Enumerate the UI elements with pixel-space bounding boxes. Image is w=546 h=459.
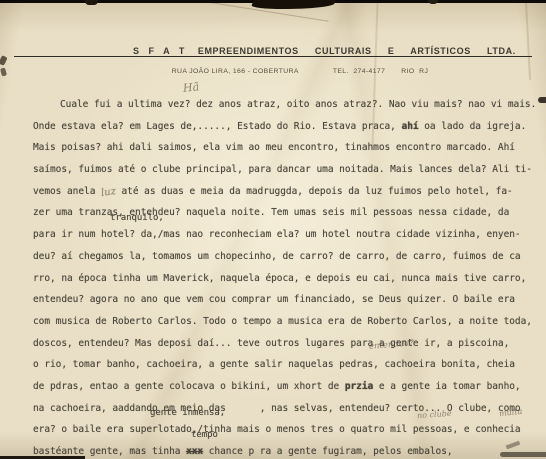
- line-text: bastéante gente, mas tinha: [33, 446, 186, 457]
- typed-line: vemos anela luz até as duas e meia da ma…: [33, 181, 533, 203]
- scan-smudge: [538, 97, 546, 103]
- company-abbreviation: S F A T: [133, 46, 188, 56]
- line-text: e a gente ia tomar banho,: [373, 381, 520, 392]
- typed-line: rro, na época tinha um Maverick, naquela…: [33, 268, 533, 290]
- line-text: oa lado da igreja.: [419, 121, 527, 132]
- typed-line: gente inmensa,era? o baile era superlota…: [33, 419, 533, 441]
- street-address: RUA JOÃO LIRA, 166 - COBERTURA: [172, 68, 299, 75]
- line-text: vemos anela: [33, 186, 101, 197]
- line-text: rro, na época tinha um Maverick, naquela…: [33, 273, 526, 284]
- line-text: com musica de Roberto Carlos. Todo o tem…: [33, 316, 532, 327]
- typed-line: zer uma tranzas, entehdeu? naquela noite…: [33, 202, 533, 224]
- phone-number: TEL. 274-4177: [333, 68, 385, 75]
- typed-line: na cachoeira, aaddando em meio das , nas…: [33, 398, 533, 420]
- typed-line: Mais poisas? ahi dali saimos, ela vim ao…: [33, 137, 533, 159]
- line-text: na cachoeira, aaddando em meio das , nas…: [33, 403, 521, 414]
- typed-line: entendeu? agora no ano que vem cou compr…: [33, 289, 533, 311]
- scan-smudge: [0, 67, 7, 76]
- line-text: Cuale fui a ultima vez? dez anos atraz, …: [60, 99, 536, 110]
- scan-smudge: [0, 55, 8, 66]
- typed-line: o rio, tomar banho, cachoeira, a gente s…: [33, 354, 533, 376]
- interline-insertion: gente inmensa,: [150, 408, 225, 418]
- line-text: chance p ra a gente fugiram, pelos embal…: [203, 446, 452, 457]
- typed-line: deu? aí chegamos la, tomamos um chopecin…: [33, 246, 533, 268]
- line-text: o rio, tomar banho, cachoeira, a gente s…: [33, 359, 515, 370]
- interline-insertion: tempo: [191, 430, 218, 440]
- typed-line: de pdras, entao a gente colocava o bikin…: [33, 376, 533, 398]
- line-text: Onde estava ela? em Lages de,....., Esta…: [33, 121, 402, 132]
- typed-line: Onde estava ela? em Lages de,....., Esta…: [33, 116, 533, 138]
- line-text: Mais poisas? ahi dali saimos, ela vim ao…: [33, 142, 515, 153]
- scanned-letter-page: S F A TEMPREENDIMENTOS CULTURAIS E ARTÍS…: [0, 0, 546, 459]
- handwritten-note-ha: Hã: [182, 80, 199, 95]
- typed-line: Cuale fui a ultima vez? dez anos atraz, …: [33, 94, 533, 116]
- line-text: doscos, entendeu? Mas deposi daí... teve…: [33, 338, 509, 349]
- interline-insertion: tranquilo,: [110, 213, 164, 223]
- scan-smudge: [428, 0, 438, 4]
- typed-line: com musica de Roberto Carlos. Todo o tem…: [33, 311, 533, 333]
- scan-smudge: [85, 0, 98, 5]
- handwritten-word-luz: luz: [100, 181, 118, 205]
- typed-line: tranquilo,para ir num hotel? da,/mas nao…: [33, 224, 533, 246]
- overstruck-word: ahí: [402, 121, 419, 132]
- line-text: entendeu? agora no ano que vem cou compr…: [33, 294, 515, 305]
- line-text: deu? aí chegamos la, tomamos um chopecin…: [33, 251, 521, 262]
- typed-body: Cuale fui a ultima vez? dez anos atraz, …: [33, 94, 533, 459]
- city: RIO RJ: [401, 68, 428, 75]
- typed-line: saímos, fuimos até o clube principal, pa…: [33, 159, 533, 181]
- struck-out-word: xxx: [186, 446, 203, 457]
- letterhead-address-line: RUA JOÃO LIRA, 166 - COBERTURATEL. 274-4…: [158, 61, 428, 82]
- line-text: zer uma tranzas, entehdeu? naquela noite…: [33, 207, 509, 218]
- typed-line: doscos, entendeu? Mas deposi daí... teve…: [33, 333, 533, 355]
- line-text: até as duas e meia da madruggda, depois …: [116, 186, 513, 197]
- scan-smudge: [250, 0, 335, 9]
- company-full-name: EMPREENDIMENTOS CULTURAIS E ARTÍSTICOS L…: [198, 46, 516, 56]
- typed-line: tempobastéante gente, mas tinha xxx chan…: [33, 441, 533, 459]
- line-text: era? o baile era superlotado,/tinha mais…: [33, 424, 521, 435]
- line-text: saímos, fuimos até o clube principal, pa…: [33, 164, 532, 175]
- line-text: para ir num hotel? da,/mas nao reconheci…: [33, 229, 521, 240]
- overstruck-word: przia: [345, 381, 373, 392]
- vertical-crease: [525, 0, 531, 80]
- line-text: de pdras, entao a gente colocava o bikin…: [33, 381, 345, 392]
- letterhead-rule: [14, 56, 532, 57]
